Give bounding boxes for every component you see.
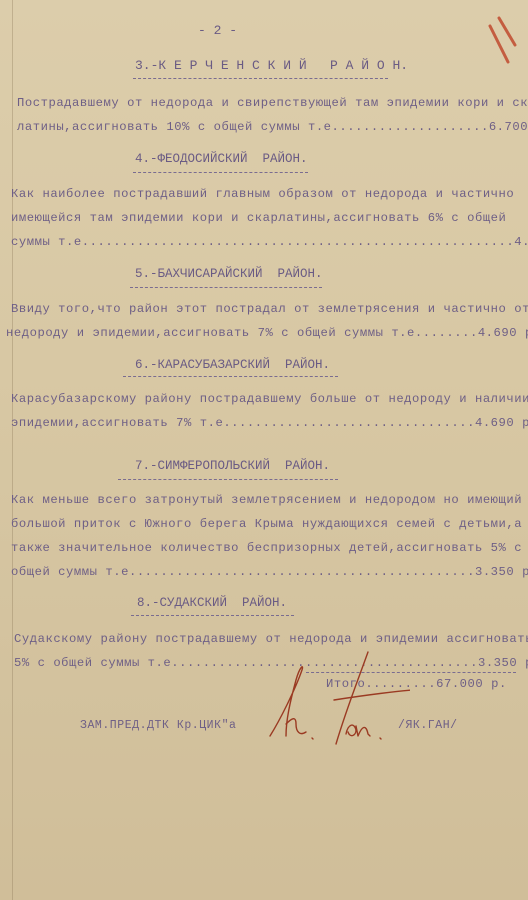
section-text-line: латины,ассигновать 10% с общей суммы т.е… [17, 120, 528, 134]
section-text-line: общей суммы т.е.........................… [11, 565, 528, 579]
handwritten-signature-icon [240, 640, 410, 750]
section-heading-simferopol: 7.-СИМФЕРОПОЛЬСКИЙ РАЙОН. [135, 459, 330, 473]
page-number: - 2 - [198, 24, 237, 38]
document-page [0, 0, 528, 900]
signatory-title: ЗАМ.ПРЕД.ДТК Кр.ЦИК"а [80, 719, 236, 733]
section-heading-bakhchisarai: 5.-БАХЧИСАРАЙСКИЙ РАЙОН. [135, 267, 323, 281]
heading-underline [123, 376, 338, 377]
section-text-line: Карасубазарскому району пострадавшему бо… [11, 392, 528, 406]
section-text-line: Ввиду того,что район этот пострадал от з… [11, 302, 528, 316]
heading-underline [133, 172, 308, 173]
heading-underline [130, 287, 322, 288]
section-text-line: эпидемии,ассигновать 7% т.е.............… [11, 416, 528, 430]
heading-underline [118, 479, 338, 480]
section-text-line: Пострадавшему от недорода и свирепствующ… [17, 96, 528, 110]
heading-underline [131, 615, 294, 616]
section-text-line: Как наиболее пострадавший главным образо… [11, 187, 514, 201]
section-text-line: также значительное количество беспризорн… [11, 541, 522, 555]
red-pencil-mark-icon [480, 12, 520, 68]
section-heading-sudak: 8.-СУДАКСКИЙ РАЙОН. [137, 596, 287, 610]
section-heading-feodosia: 4.-ФЕОДОСИЙСКИЙ РАЙОН. [135, 152, 308, 166]
section-text-line: большой приток с Южного берега Крыма нуж… [11, 517, 522, 531]
section-text-line: недороду и эпидемии,ассигновать 7% с общ… [6, 326, 528, 340]
section-text-line: имеющейся там эпидемии кори и скарлатины… [11, 211, 506, 225]
binding-edge [12, 0, 13, 900]
section-heading-kerch: 3.-К Е Р Ч Е Н С К И Й Р А Й О Н. [135, 59, 408, 73]
section-text-line: Как меньше всего затронутый землетрясени… [11, 493, 522, 507]
section-heading-karasubazar: 6.-КАРАСУБАЗАРСКИЙ РАЙОН. [135, 358, 330, 372]
section-text-line: суммы т.е...............................… [11, 235, 528, 249]
heading-underline [133, 78, 388, 79]
